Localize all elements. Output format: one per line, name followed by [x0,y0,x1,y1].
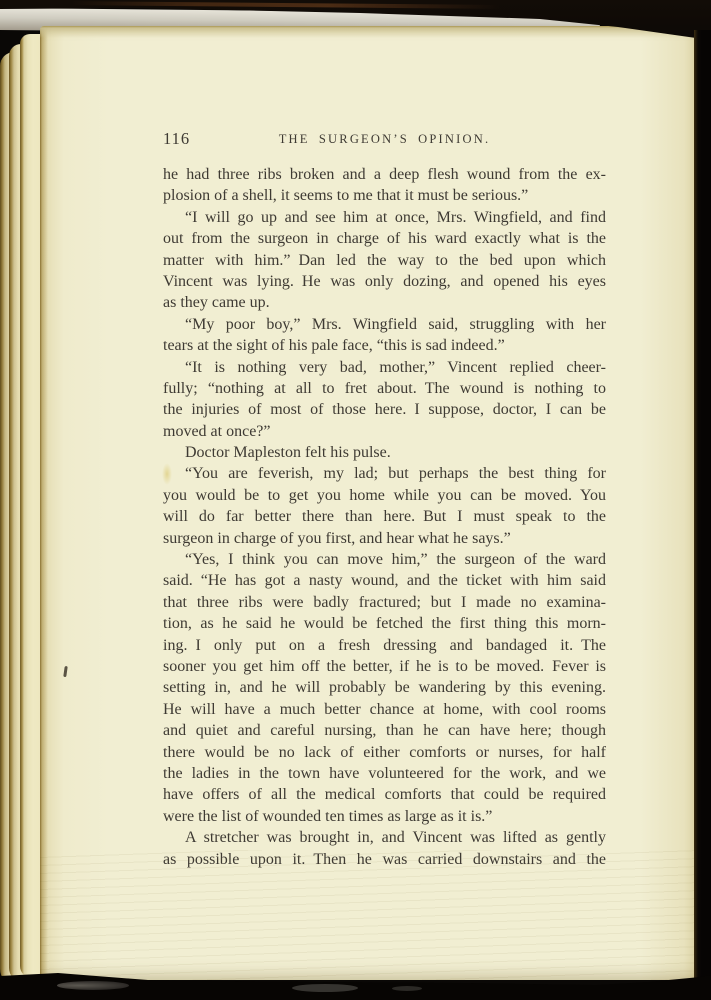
scan-artifact-blob [57,981,129,990]
text-block: he had three ribs broken and a deep fles… [163,164,606,870]
text-line: tion, as he said he would be fetched the… [163,613,606,634]
text-line: there would be no lack of either comfort… [163,742,606,763]
scan-artifact-blob [292,984,358,992]
text-line: He will have a much better chance at hom… [163,699,606,720]
text-line: ing. I only put on a fresh dressing and … [163,635,606,656]
scanned-book-photo: 116 THE SURGEON’S OPINION. he had three … [0,0,711,1000]
text-line: plosion of a shell, it seems to me that … [163,185,606,206]
paragraph: “You are feverish, my lad; but perhaps t… [163,463,606,549]
paragraph: “It is nothing very bad, mother,” Vincen… [163,357,606,443]
text-line: moved at once?” [163,421,606,442]
text-line: that three ribs were badly fractured; bu… [163,592,606,613]
paragraph: Doctor Mapleston felt his pulse. [163,442,606,463]
text-line: will do far better there than here. But … [163,506,606,527]
running-head: 116 THE SURGEON’S OPINION. [163,129,606,151]
text-line: “It is nothing very bad, mother,” Vincen… [163,357,606,378]
text-line: the ladies in the town have volunteered … [163,763,606,784]
scan-background-right [694,30,711,982]
text-line: were the list of wounded ten times as la… [163,806,606,827]
paragraph: A stretcher was brought in, and Vincent … [163,827,606,870]
scan-artifact-blob [392,986,422,991]
text-line: matter with him.” Dan led the way to the… [163,250,606,271]
book-page: 116 THE SURGEON’S OPINION. he had three … [40,26,703,980]
text-line: said. “He has got a nasty wound, and the… [163,570,606,591]
text-line: surgeon in charge of you first, and hear… [163,528,606,549]
text-line: Vincent was lying. He was only dozing, a… [163,271,606,292]
page-title: THE SURGEON’S OPINION. [163,132,606,147]
text-line: Doctor Mapleston felt his pulse. [163,442,606,463]
text-line: fully; “nothing at all to fret about. Th… [163,378,606,399]
text-line: and quiet and careful nursing, than he c… [163,720,606,741]
text-line: the injuries of most of those here. I su… [163,399,606,420]
text-line: he had three ribs broken and a deep fles… [163,164,606,185]
text-line: A stretcher was brought in, and Vincent … [163,827,606,848]
paragraph: “I will go up and see him at once, Mrs. … [163,207,606,314]
paragraph: “My poor boy,” Mrs. Wingfield said, stru… [163,314,606,357]
text-line: “You are feverish, my lad; but perhaps t… [163,463,606,484]
text-line: sooner you get him off the better, if he… [163,656,606,677]
text-line: have offers of all the medical comforts … [163,784,606,805]
text-line: “I will go up and see him at once, Mrs. … [163,207,606,228]
text-line: as they came up. [163,292,606,313]
text-line: as possible upon it. Then he was carried… [163,849,606,870]
text-line: “My poor boy,” Mrs. Wingfield said, stru… [163,314,606,335]
paragraph: “Yes, I think you can move him,” the sur… [163,549,606,827]
text-line: you would be to get you home while you c… [163,485,606,506]
paper-stain [162,463,172,485]
text-line: tears at the sight of his pale face, “th… [163,335,606,356]
text-line: “Yes, I think you can move him,” the sur… [163,549,606,570]
paragraph: he had three ribs broken and a deep fles… [163,164,606,207]
text-line: out from the surgeon in charge of his wa… [163,228,606,249]
text-line: setting in, and he will probably be wand… [163,677,606,698]
